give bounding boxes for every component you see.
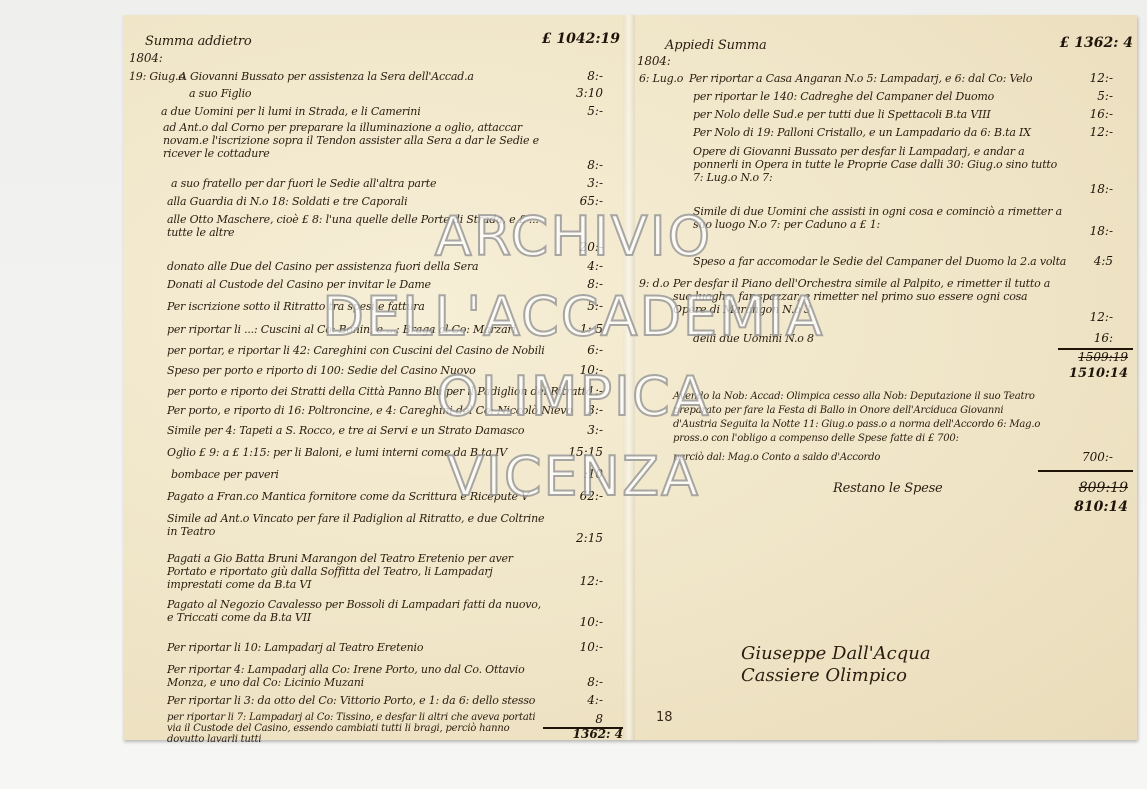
entry-amount: 65:-: [553, 195, 603, 208]
ledger-entry: bombace per paveri: [171, 468, 279, 481]
entry-amount: 3:-: [553, 424, 603, 437]
ledger-entry: Per riportar li 3: da otto del Co: Vitto…: [167, 694, 535, 707]
ledger-entry: a due Uomini per li lumi in Strada, e li…: [161, 105, 421, 118]
ledger-entry: Per Nolo di 19: Palloni Cristallo, e un …: [693, 126, 1031, 139]
left-page: Summa addietro £ 1042:19 1804: 19: Giug.…: [123, 15, 628, 740]
balance-struck: 809:19: [1063, 482, 1128, 495]
ledger-entry: Pagati a Gio Batta Bruni Marangon del Te…: [167, 552, 547, 591]
ledger-entry: Pagato al Negozio Cavalesso per Bossoli …: [167, 598, 547, 624]
page-number: 18: [656, 710, 673, 725]
signature-title: Cassiere Olimpico: [741, 665, 907, 687]
ledger-entry: Donati al Custode del Casino per invitar…: [167, 278, 431, 291]
ledger-entry: Per riportar a Casa Angaran N.o 5: Lampa…: [689, 72, 1032, 85]
entry-amount: 3:-: [553, 177, 603, 190]
ledger-entry: Simile ad Ant.o Vincato per fare il Padi…: [167, 512, 547, 538]
entry-amount: 1: 5: [553, 323, 603, 336]
note-line: perciò dal: Mag.o Conto a saldo d'Accord…: [673, 451, 880, 464]
ledger-entry: Oglio £ 9: a £ 1:15: per li Baloni, e lu…: [167, 446, 507, 459]
ledger-entry: A Giovanni Bussato per assistenza la Ser…: [179, 70, 474, 83]
right-header-label: Appiedi Summa: [665, 39, 767, 52]
entry-amount: 2:15: [553, 532, 603, 545]
right-page: Appiedi Summa £ 1362: 4 1804: 6: Lug.o P…: [633, 15, 1137, 740]
ledger-sheet: Summa addietro £ 1042:19 1804: 19: Giug.…: [123, 15, 1137, 740]
signature-name: Giuseppe Dall'Acqua: [741, 643, 931, 665]
ledger-entry: alla Guardia di N.o 18: Soldati e tre Ca…: [167, 195, 407, 208]
ledger-entry: Per iscrizione sotto il Ritratto tra spe…: [167, 300, 425, 313]
entry-amount: 12:-: [1063, 311, 1113, 324]
entry-amount: 8:-: [553, 676, 603, 689]
balance-rule: [1038, 470, 1133, 472]
entry-amount: 3:10: [553, 87, 603, 100]
entry-amount: 12:-: [1063, 72, 1113, 85]
ledger-entry: per porto e riporto dei Stratti della Ci…: [167, 385, 592, 398]
ledger-entry: Per riportar li 10: Lampadarj al Teatro …: [167, 641, 423, 654]
entry-date: 9: d.o: [639, 277, 669, 290]
entry-amount: 8:-: [553, 70, 603, 83]
left-header-label: Summa addietro: [145, 35, 252, 48]
entry-amount: 6:-: [553, 344, 603, 357]
subtotal-struck: 1509:19: [1063, 351, 1128, 364]
left-year: 1804:: [129, 52, 163, 65]
ledger-entry: per Nolo delle Sud.e per tutti due li Sp…: [693, 108, 991, 121]
left-header-amount: £ 1042:19: [528, 33, 620, 46]
entry-amount: 1:-: [553, 385, 603, 398]
ledger-entry: delli due Uomini N.o 8: [693, 332, 814, 345]
entry-amount: 12:-: [553, 575, 603, 588]
entry-amount: 10:-: [553, 616, 603, 629]
right-header-amount: £ 1362: 4: [1029, 37, 1133, 50]
balance: 810:14: [1063, 501, 1128, 514]
ledger-entry: per portar, e riportar li 42: Careghini …: [167, 344, 545, 357]
ledger-entry: per riportar li ...: Cuscini al Co: Boni…: [167, 323, 516, 336]
ledger-entry: per riportar le 140: Cadreghe del Campan…: [693, 90, 994, 103]
ledger-entry: alle Otto Maschere, cioè £ 8: l'una quel…: [167, 213, 547, 239]
note-amount: 700:-: [1063, 451, 1113, 464]
entry-amount: 5:-: [1063, 90, 1113, 103]
balance-label: Restano le Spese: [833, 482, 943, 495]
ledger-entry: donato alle Due del Casino per assistenz…: [167, 260, 478, 273]
ledger-entry: Simile per 4: Tapeti a S. Rocco, e tre a…: [167, 424, 524, 437]
entry-amount: 4:-: [553, 694, 603, 707]
ledger-entry: Per porto, e riporto di 16: Poltroncine,…: [167, 404, 573, 417]
entry-amount: 5:-: [553, 105, 603, 118]
ledger-entry: ad Ant.o dal Corno per preparare la illu…: [163, 121, 543, 160]
entry-amount: 4:5: [1063, 255, 1113, 268]
ledger-entry: Speso a far accomodar le Sedie del Campa…: [693, 255, 1066, 268]
entry-amount: 8:-: [553, 278, 603, 291]
entry-amount: 12:-: [1063, 126, 1113, 139]
ledger-entry: Opere di Giovanni Bussato per desfar li …: [693, 145, 1063, 184]
left-page-total: 1362: 4: [543, 728, 623, 741]
entry-amount: 3:-: [553, 404, 603, 417]
right-year: 1804:: [637, 55, 671, 68]
entry-date: 19: Giug.o: [129, 70, 185, 83]
entry-amount: 4:-: [553, 260, 603, 273]
entry-amount: 18:-: [1063, 225, 1113, 238]
ledger-entry: Per riportar 4: Lampadarj alla Co: Irene…: [167, 663, 547, 689]
entry-amount: 8: [553, 713, 603, 726]
entry-amount: 10:-: [553, 641, 603, 654]
ledger-entry: Pagato a Fran.co Mantica fornitore come …: [167, 490, 529, 503]
entry-date: 6: Lug.o: [639, 72, 683, 85]
ledger-entry: Per desfar il Piano dell'Orchestra simil…: [673, 277, 1053, 316]
ledger-entry: Simile di due Uomini che assisti in ogni…: [693, 205, 1063, 231]
entry-amount: 62:-: [553, 490, 603, 503]
entry-amount: 18:-: [1063, 183, 1113, 196]
academy-note: Avendo la Nob: Accad: Olimpica cesso all…: [673, 390, 1043, 446]
entry-amount: 15:15: [553, 446, 603, 459]
entry-amount: 16:-: [1063, 108, 1113, 121]
ledger-entry: per riportar li 7: Lampadarj al Co: Tiss…: [167, 712, 547, 745]
ledger-entry: Speso per porto e riporto di 100: Sedie …: [167, 364, 476, 377]
ledger-entry: a suo Figlio: [189, 87, 251, 100]
entry-amount: 5:-: [553, 300, 603, 313]
entry-amount: 10:-: [553, 364, 603, 377]
entry-amount: :10: [553, 468, 603, 481]
entry-amount: 16:: [1063, 332, 1113, 345]
ledger-entry: a suo fratello per dar fuori le Sedie al…: [171, 177, 436, 190]
entry-amount: 20:-: [553, 241, 603, 254]
subtotal: 1510:14: [1063, 367, 1128, 380]
entry-amount: 8:-: [553, 159, 603, 172]
